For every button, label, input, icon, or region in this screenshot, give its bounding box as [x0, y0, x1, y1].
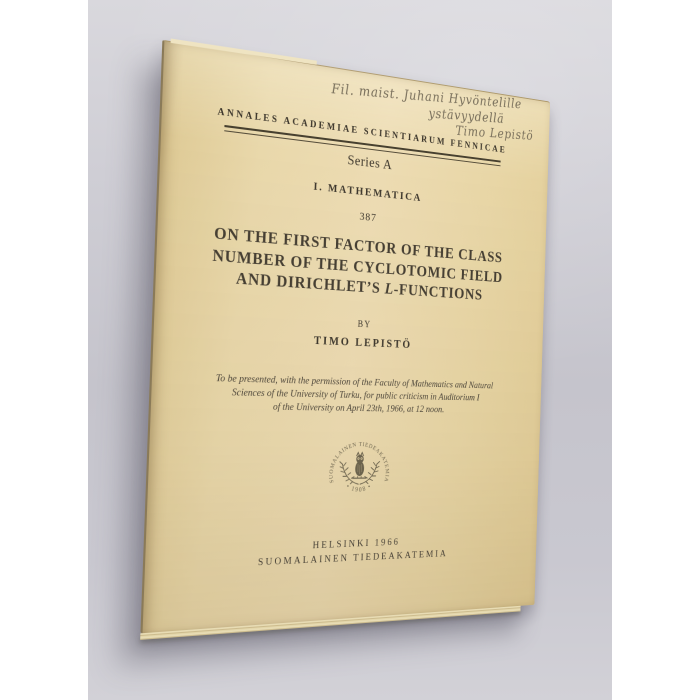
page-edges-bottom — [140, 606, 520, 640]
page-edges-top — [171, 39, 317, 65]
academy-seal: SUOMALAINEN TIEDEAKATEMIA • 1908 • — [147, 437, 540, 511]
academy-seal-stamp: SUOMALAINEN TIEDEAKATEMIA • 1908 • — [325, 438, 393, 507]
seal-year-text: • 1908 • — [345, 482, 373, 493]
booklet-cover: Fil. maist. Juhani Hyvöntelille ystävyyd… — [140, 40, 550, 634]
owl-emblem — [352, 453, 367, 479]
presentation-note: To be presented, with the permission of … — [151, 370, 542, 418]
photo-backdrop: Fil. maist. Juhani Hyvöntelille ystävyyd… — [88, 0, 612, 700]
